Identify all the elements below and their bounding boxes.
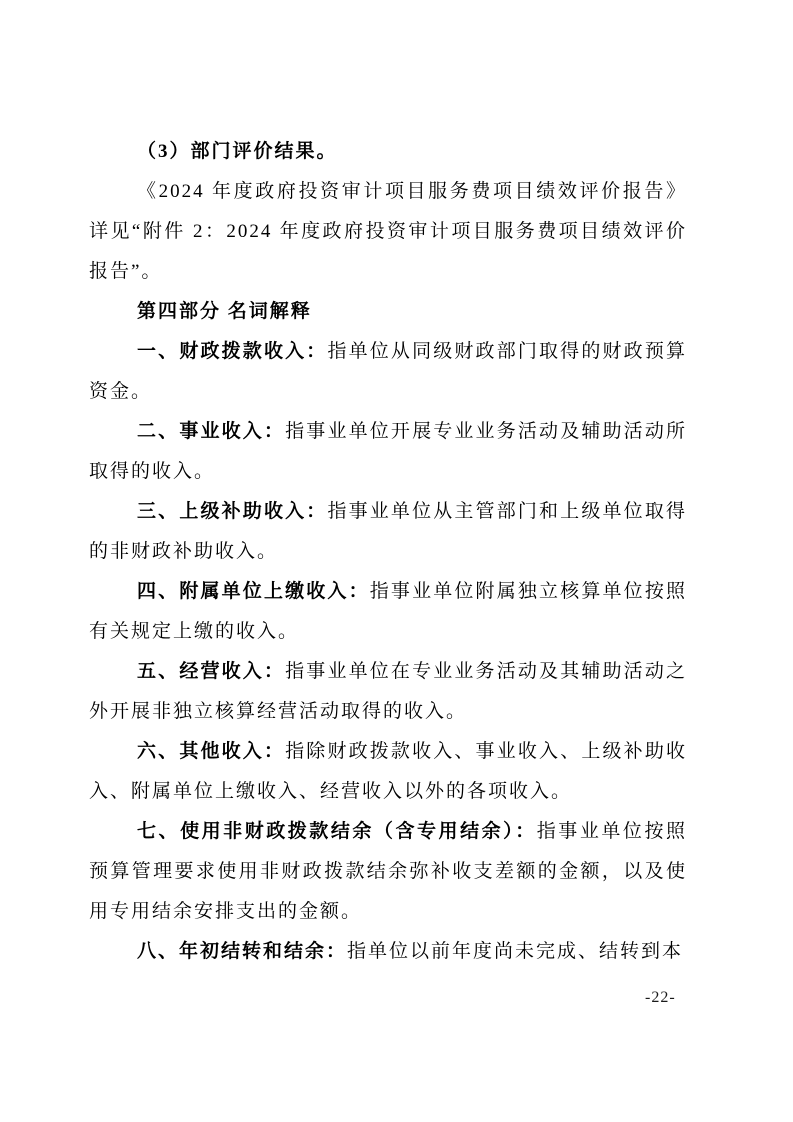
term-label: （3）部门评价结果。 xyxy=(137,141,338,162)
page-number: -22- xyxy=(645,988,676,1008)
term-label: 四、附属单位上缴收入： xyxy=(137,581,370,602)
paragraph: 八、年初结转和结余：指单位以前年度尚未完成、结转到本 xyxy=(89,932,687,972)
section-heading: 第四部分 名词解释 xyxy=(89,292,687,332)
paragraph: 六、其他收入：指除财政拨款收入、事业收入、上级补助收入、附属单位上缴收入、经营收… xyxy=(89,732,687,812)
paragraph: 四、附属单位上缴收入：指事业单位附属独立核算单位按照有关规定上缴的收入。 xyxy=(89,572,687,652)
term-label: 八、年初结转和结余： xyxy=(137,941,347,962)
paragraph: 一、财政拨款收入：指单位从同级财政部门取得的财政预算资金。 xyxy=(89,332,687,412)
term-label: 三、上级补助收入： xyxy=(137,501,327,522)
term-label: 七、使用非财政拨款结余（含专用结余）： xyxy=(137,821,537,842)
paragraph: 《2024 年度政府投资审计项目服务费项目绩效评价报告》详见“附件 2：2024… xyxy=(89,172,687,292)
paragraph: （3）部门评价结果。 xyxy=(89,132,687,172)
term-label: 二、事业收入： xyxy=(137,421,285,442)
paragraph: 五、经营收入：指事业单位在专业业务活动及其辅助活动之外开展非独立核算经营活动取得… xyxy=(89,652,687,732)
paragraph: 二、事业收入：指事业单位开展专业业务活动及辅助活动所取得的收入。 xyxy=(89,412,687,492)
paragraph: 三、上级补助收入：指事业单位从主管部门和上级单位取得的非财政补助收入。 xyxy=(89,492,687,572)
document-page: （3）部门评价结果。《2024 年度政府投资审计项目服务费项目绩效评价报告》详见… xyxy=(0,0,793,1122)
term-label: 一、财政拨款收入： xyxy=(137,341,327,362)
paragraph: 七、使用非财政拨款结余（含专用结余）：指事业单位按照预算管理要求使用非财政拨款结… xyxy=(89,812,687,932)
document-body: （3）部门评价结果。《2024 年度政府投资审计项目服务费项目绩效评价报告》详见… xyxy=(89,132,687,972)
term-label: 五、经营收入： xyxy=(137,661,285,682)
term-label: 六、其他收入： xyxy=(137,741,285,762)
